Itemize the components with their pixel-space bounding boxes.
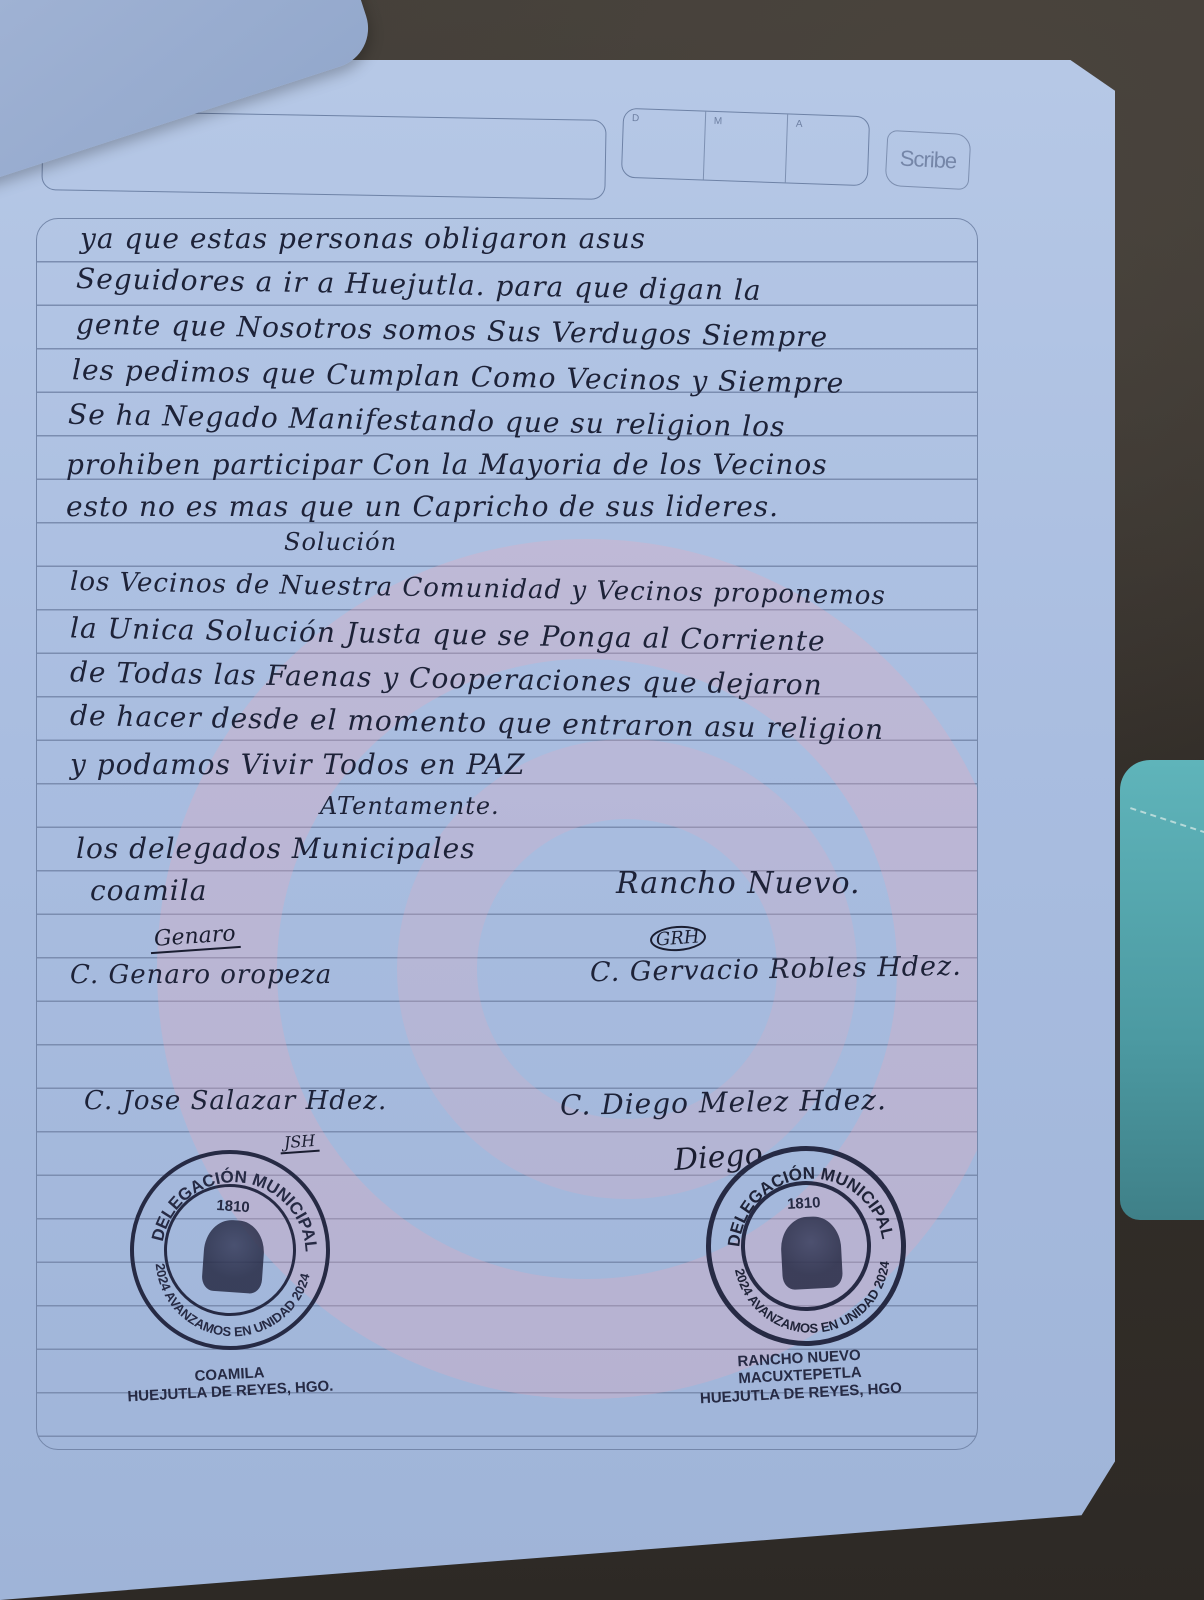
stamp-rancho-nuevo: DELEGACIÓN MUNICIPAL 2024 AVANZAMOS EN U… [701, 1141, 911, 1351]
signature-jose: JSH [279, 1131, 320, 1155]
date-month-label: M [704, 112, 788, 183]
community-right: Rancho Nuevo. [616, 866, 861, 901]
signed-by: los delegados Municipales [76, 832, 476, 865]
letter-line: prohiben participar Con la Mayoria de lo… [66, 448, 828, 481]
signatory-name: C. Genaro oropeza [70, 960, 332, 990]
closing: ATentamente. [320, 792, 500, 820]
letter-line: ya que estas personas obligaron asus [80, 222, 646, 255]
letter-line: esto no es mas que un Capricho de sus li… [66, 490, 779, 523]
solution-heading: Solución [284, 528, 397, 556]
date-year-label: A [786, 114, 869, 185]
solution-line: y podamos Vivir Todos en PAZ [70, 748, 525, 781]
signatory-name: C. Diego Melez Hdez. [560, 1083, 887, 1122]
community-left: coamila [90, 874, 207, 907]
stamp-coamila: DELEGACIÓN MUNICIPAL 2024 AVANZAMOS EN U… [123, 1143, 336, 1356]
page-content: D M A Scribe ya que estas personas oblig… [0, 0, 1204, 1600]
scribe-logo: Scribe [885, 130, 972, 190]
hidalgo-bust-icon [201, 1218, 266, 1294]
signatory-name: C. Gervacio Robles Hdez. [590, 951, 962, 988]
hidalgo-bust-icon [780, 1215, 844, 1290]
date-box: D M A [621, 108, 870, 187]
signatory-name: C. Jose Salazar Hdez. [84, 1086, 387, 1116]
date-day-label: D [622, 109, 706, 180]
